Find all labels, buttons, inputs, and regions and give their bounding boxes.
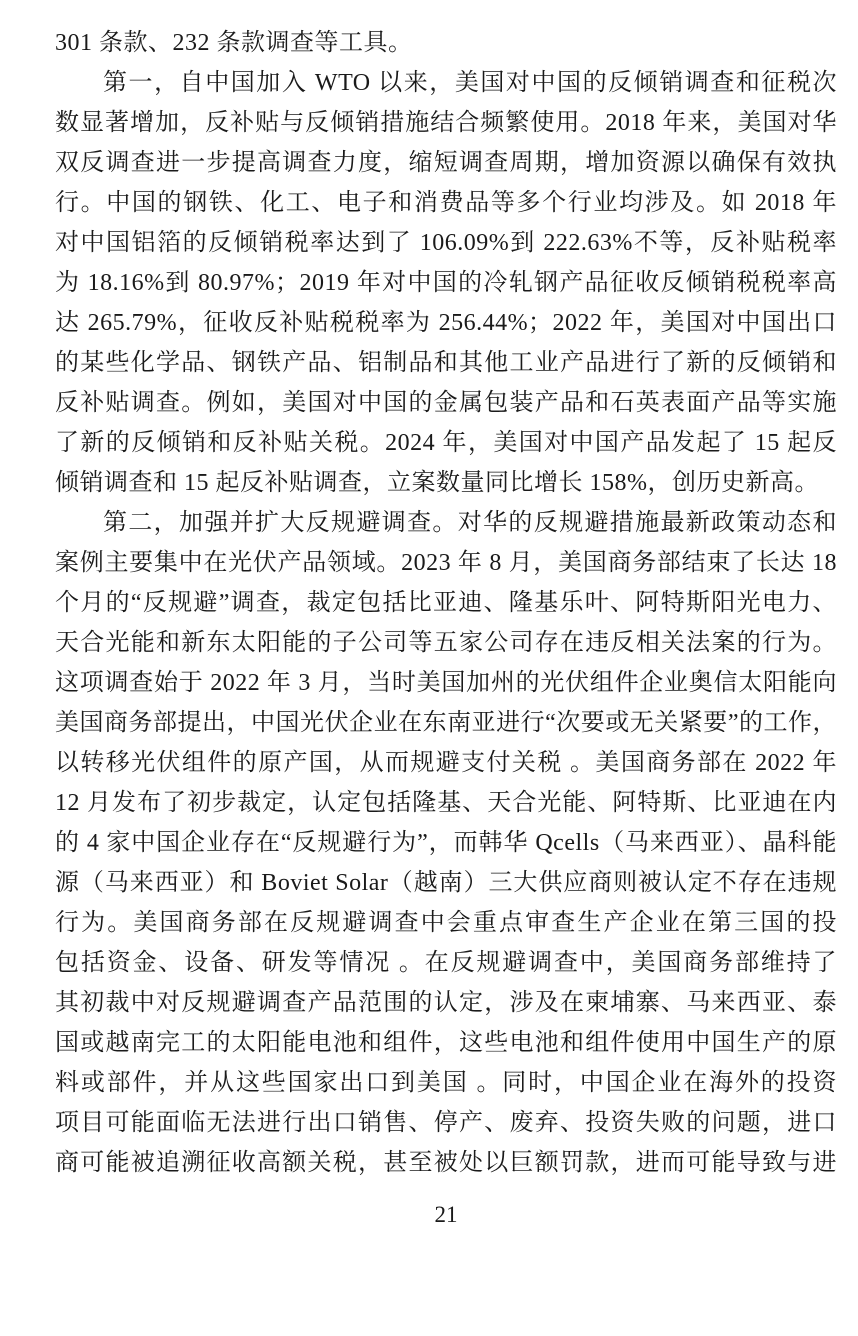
- text-line: 达 265.79%，征收反补贴税税率为 256.44%；2022 年，美国对中国…: [55, 303, 837, 343]
- document-page: 301 条款、232 条款调查等工具。 第一，自中国加入 WTO 以来，美国对中…: [0, 0, 858, 1336]
- text-line: 个月的“反规避”调查，裁定包括比亚迪、隆基乐叶、阿特斯阳光电力、: [55, 583, 837, 623]
- text-line: 料或部件，并从这些国家出口到美国 。同时，中国企业在海外的投资: [55, 1063, 837, 1103]
- text-line: 12 月发布了初步裁定，认定包括隆基、天合光能、阿特斯、比亚迪在内: [55, 783, 837, 823]
- text-line: 项目可能面临无法进行出口销售、停产、废弃、投资失败的问题，进口: [55, 1103, 837, 1143]
- text-line: 对中国铝箔的反倾销税率达到了 106.09%到 222.63%不等，反补贴税率: [55, 223, 837, 263]
- text-line: 301 条款、232 条款调查等工具。: [55, 23, 837, 63]
- text-line-paragraph-start: 第一，自中国加入 WTO 以来，美国对中国的反倾销调查和征税次: [55, 63, 837, 103]
- text-line: 反补贴调查。例如，美国对中国的金属包装产品和石英表面产品等实施: [55, 383, 837, 423]
- text-line: 美国商务部提出，中国光伏企业在东南亚进行“次要或无关紧要”的工作，: [55, 703, 837, 743]
- text-line: 天合光能和新东太阳能的子公司等五家公司存在违反相关法案的行为。: [55, 623, 837, 663]
- text-line: 这项调查始于 2022 年 3 月，当时美国加州的光伏组件企业奥信太阳能向: [55, 663, 837, 703]
- text-line: 的某些化学品、钢铁产品、铝制品和其他工业产品进行了新的反倾销和: [55, 343, 837, 383]
- page-number: 21: [55, 1198, 837, 1232]
- text-line: 案例主要集中在光伏产品领域。2023 年 8 月，美国商务部结束了长达 18: [55, 543, 837, 583]
- text-line: 行为。美国商务部在反规避调查中会重点审查生产企业在第三国的投入，: [55, 903, 837, 943]
- text-line: 倾销调查和 15 起反补贴调查，立案数量同比增长 158%，创历史新高。: [55, 463, 837, 503]
- text-line: 源（马来西亚）和 Boviet Solar（越南）三大供应商则被认定不存在违规: [55, 863, 837, 903]
- text-line: 以转移光伏组件的原产国，从而规避支付关税 。美国商务部在 2022 年: [55, 743, 837, 783]
- text-line: 包括资金、设备、研发等情况 。在反规避调查中，美国商务部维持了: [55, 943, 837, 983]
- text-line: 行。中国的钢铁、化工、电子和消费品等多个行业均涉及。如 2018 年: [55, 183, 837, 223]
- text-line: 为 18.16%到 80.97%；2019 年对中国的冷轧钢产品征收反倾销税税率…: [55, 263, 837, 303]
- text-line: 了新的反倾销和反补贴关税。2024 年，美国对中国产品发起了 15 起反: [55, 423, 837, 463]
- text-line-paragraph-start: 第二，加强并扩大反规避调查。对华的反规避措施最新政策动态和: [55, 503, 837, 543]
- text-line: 国或越南完工的太阳能电池和组件，这些电池和组件使用中国生产的原: [55, 1023, 837, 1063]
- text-line: 数显著增加，反补贴与反倾销措施结合频繁使用。2018 年来，美国对华: [55, 103, 837, 143]
- body-text: 301 条款、232 条款调查等工具。 第一，自中国加入 WTO 以来，美国对中…: [55, 23, 837, 1183]
- text-line: 其初裁中对反规避调查产品范围的认定，涉及在柬埔寨、马来西亚、泰: [55, 983, 837, 1023]
- text-line: 双反调查进一步提高调查力度，缩短调查周期，增加资源以确保有效执: [55, 143, 837, 183]
- text-line: 商可能被追溯征收高额关税，甚至被处以巨额罚款，进而可能导致与进: [55, 1143, 837, 1183]
- text-line: 的 4 家中国企业存在“反规避行为”，而韩华 Qcells（马来西亚）、晶科能: [55, 823, 837, 863]
